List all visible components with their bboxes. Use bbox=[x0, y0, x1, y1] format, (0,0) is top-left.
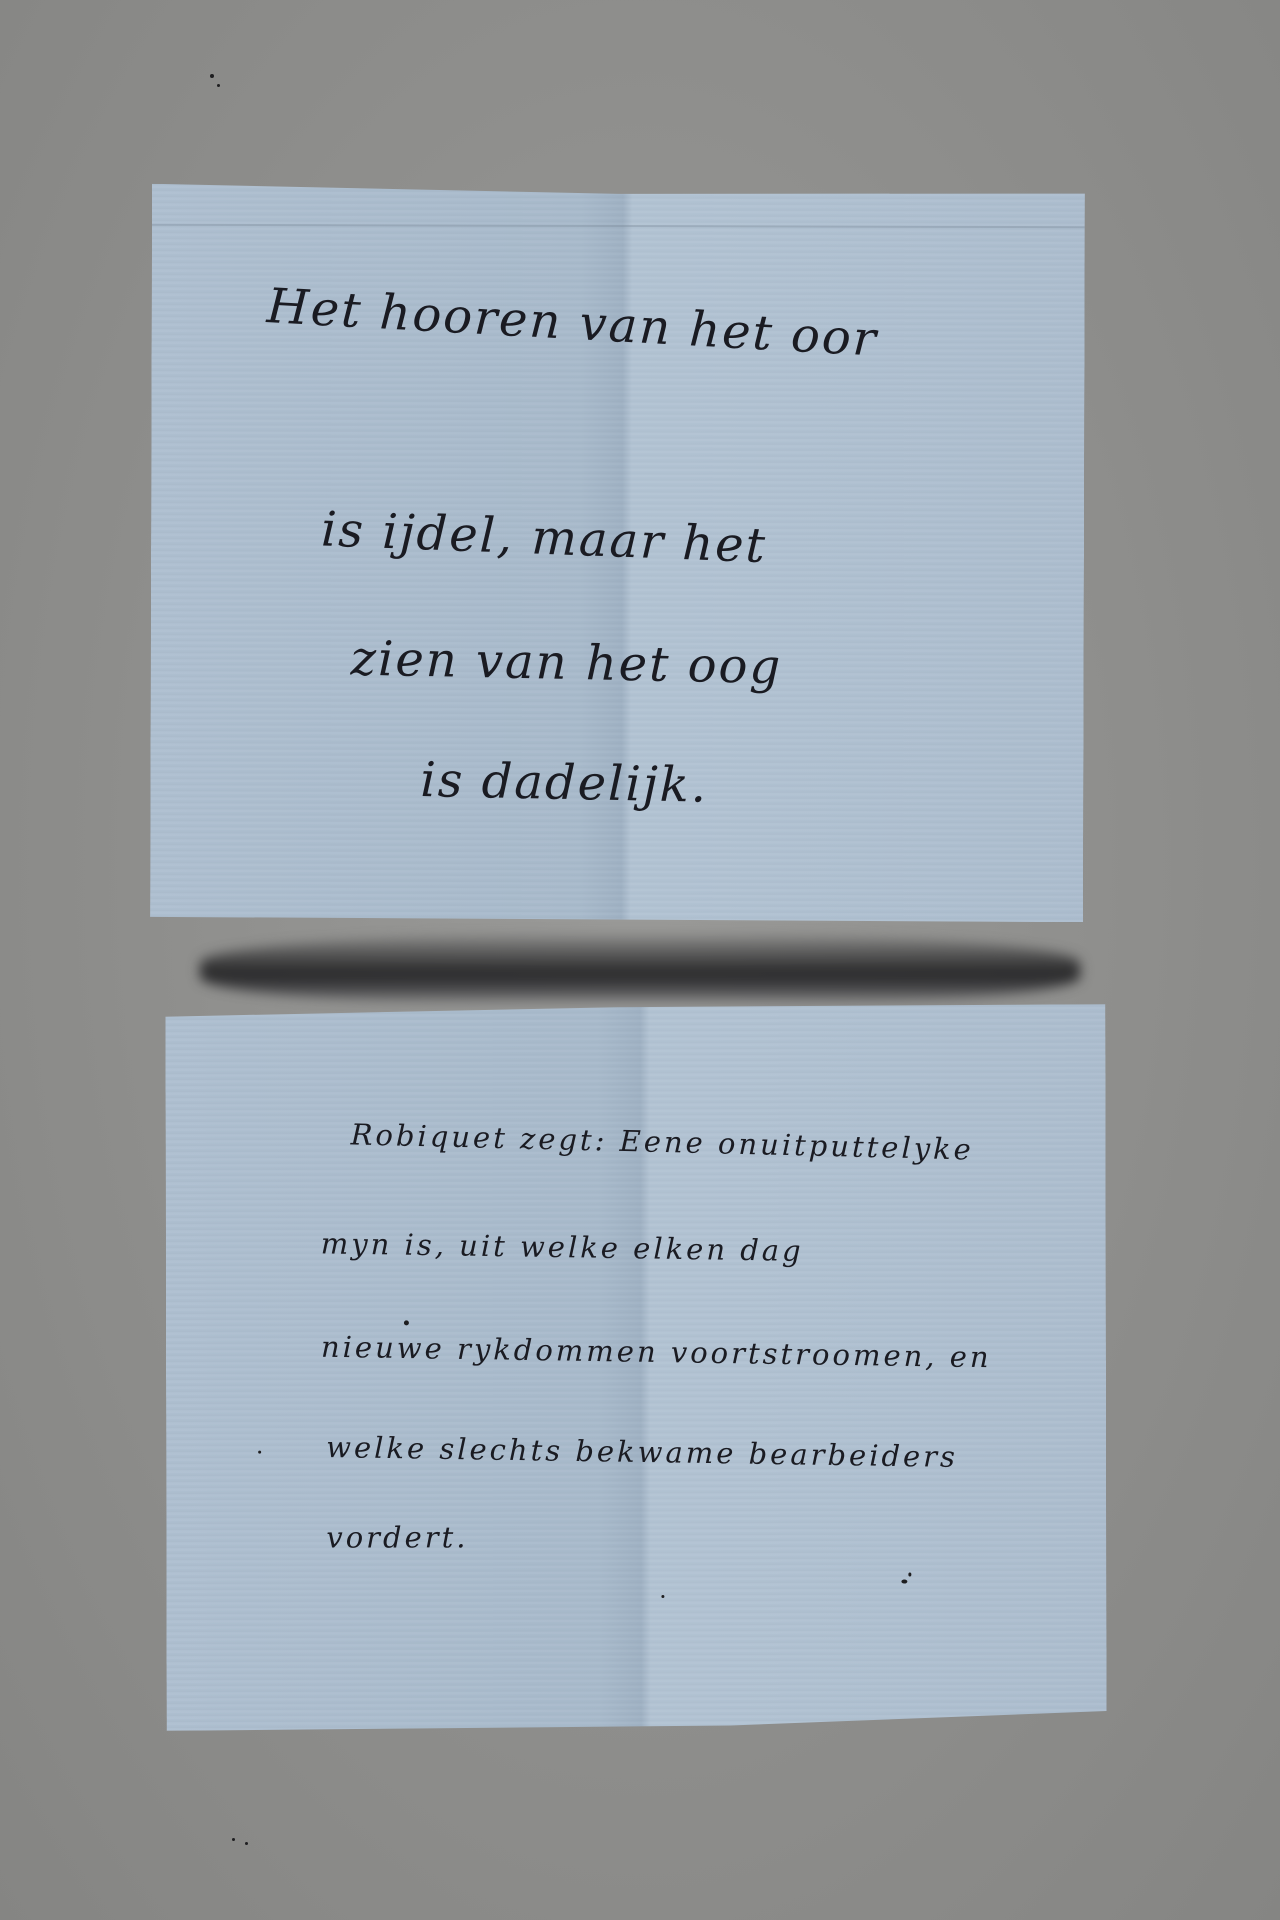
note-line: is ijdel, maar het bbox=[320, 501, 768, 574]
ink-speck bbox=[661, 1595, 664, 1598]
ink-speck bbox=[404, 1320, 409, 1325]
note-sheet-bottom: Robiquet zegt: Eene onuitputtelyke myn i… bbox=[165, 1004, 1106, 1731]
note-line: Het hooren van het oor bbox=[266, 278, 880, 368]
ink-speck bbox=[908, 1573, 911, 1577]
note-line: vordert. bbox=[326, 1520, 468, 1554]
dust-speck bbox=[232, 1838, 235, 1841]
ink-speck bbox=[258, 1451, 261, 1454]
dust-speck bbox=[210, 74, 214, 78]
dust-speck bbox=[245, 1842, 248, 1845]
note-line: Robiquet zegt: Eene onuitputtelyke bbox=[350, 1117, 974, 1166]
dust-speck bbox=[217, 84, 220, 87]
note-line: myn is, uit welke elken dag bbox=[321, 1226, 804, 1268]
paper-fold-line bbox=[152, 224, 1085, 228]
note-line: nieuwe rykdommen voortstroomen, en bbox=[321, 1330, 992, 1375]
ink-speck bbox=[901, 1580, 907, 1584]
note-sheet-top: Het hooren van het oor is ijdel, maar he… bbox=[150, 184, 1085, 922]
sheet-gap-shadow bbox=[200, 935, 1080, 1005]
note-line: welke slechts bekwame bearbeiders bbox=[326, 1430, 958, 1474]
note-line: is dadelijk. bbox=[420, 752, 709, 814]
note-line: zien van het oog bbox=[350, 631, 783, 696]
